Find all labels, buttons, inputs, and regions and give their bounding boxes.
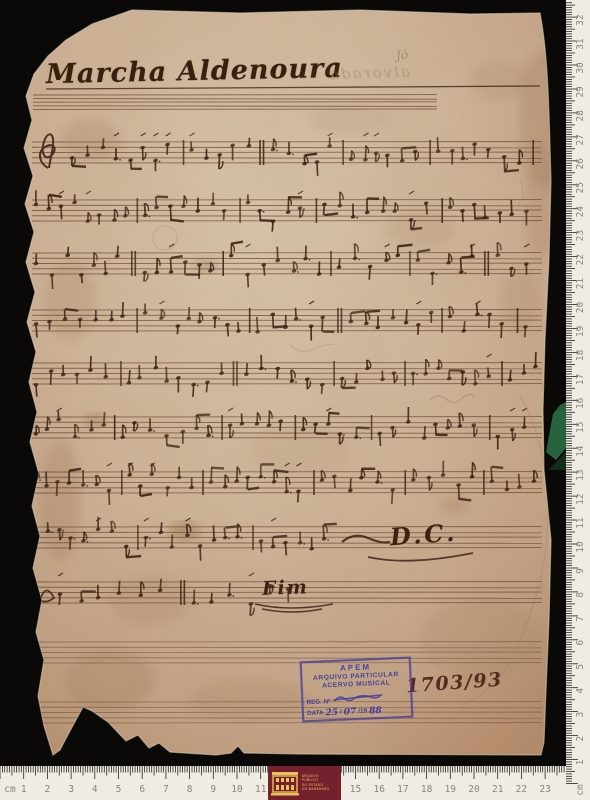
ruler-label: 27 [575, 134, 586, 145]
ruler-label: 30 [575, 62, 586, 74]
ruler-label: 3 [575, 712, 586, 718]
ruler-label: 12 [575, 493, 586, 504]
stamp-reg-label: REG. Nº [306, 698, 330, 706]
ruler-label: 21 [492, 784, 504, 795]
ruler-label: 18 [575, 349, 586, 361]
ruler-label: 22 [516, 784, 527, 795]
archive-stamp: APEM ARQUIVO PARTICULAR ACERVO MUSICAL R… [300, 657, 414, 723]
ruler-label: 17 [575, 374, 586, 385]
da-capo-mark: D.C. [389, 518, 458, 552]
ghost-title-bleedthrough: alvorada [328, 63, 410, 84]
ruler-label: 18 [421, 784, 433, 795]
archive-logo: ARQUIVO PÚBLICO DO ESTADO DO MARANHÃO [268, 766, 341, 800]
ruler-label: 10 [231, 784, 243, 795]
ruler-label: 21 [575, 278, 586, 290]
stamp-date-day: 25 [325, 710, 338, 717]
stamp-date-month: 07 [344, 709, 357, 716]
ruler-label: 6 [575, 640, 586, 646]
ruler-label: 2 [45, 784, 51, 795]
ruler-label: 32 [575, 14, 586, 25]
ruler-label: 7 [575, 616, 586, 622]
ruler-label: cm [575, 784, 586, 796]
archival-photo: Marcha Aldenoura alvorada Jó D.C. Fim 17… [0, 0, 590, 800]
ruler-label: 16 [373, 784, 385, 795]
ruler-label: 23 [575, 230, 586, 241]
ruler-right: 1234567891011121314151617181920212223242… [566, 0, 590, 800]
ruler-label: 11 [255, 784, 267, 795]
ruler-right-scale: 1234567891011121314151617181920212223242… [566, 0, 590, 800]
ruler-label: 9 [210, 784, 216, 795]
ruler-label: 20 [468, 784, 480, 795]
ruler-label: cm [4, 784, 16, 795]
ruler-label: 22 [575, 254, 586, 265]
ruler-label: 19 [575, 325, 586, 337]
ruler-label: 29 [575, 86, 586, 98]
pencil-annotation: Jó [395, 47, 409, 63]
ruler-label: 23 [539, 784, 550, 795]
ruler-label: 4 [575, 688, 586, 694]
ruler-label: 8 [187, 784, 193, 795]
ruler-label: 15 [575, 422, 586, 433]
logo-line: DO MARANHÃO [302, 788, 329, 791]
ruler-label: 11 [575, 517, 586, 529]
ruler-label: 20 [575, 302, 586, 314]
ruler-label: 10 [575, 541, 586, 553]
ruler-label: 3 [68, 784, 74, 795]
ruler-label: 15 [350, 784, 361, 795]
ruler-label: 31 [575, 38, 586, 50]
ruler-label: 14 [575, 445, 586, 457]
archive-logo-text: ARQUIVO PÚBLICO DO ESTADO DO MARANHÃO [302, 775, 329, 792]
ruler-label: 8 [575, 592, 586, 598]
ruler-label: 25 [575, 182, 586, 193]
ruler-label: 6 [139, 784, 145, 795]
stamp-reg-row: REG. Nº [306, 690, 407, 706]
archive-building-icon [270, 768, 300, 798]
ruler-label: 2 [575, 736, 586, 742]
stamp-date-label: DATA [307, 709, 324, 717]
ruler-label: 24 [575, 206, 586, 218]
ruler-label: 7 [163, 784, 169, 795]
ruler-label: 5 [116, 784, 122, 795]
stamp-date-row: DATA 25 / 07 /19 88 [307, 706, 408, 717]
page-title: Marcha Aldenoura [46, 53, 343, 90]
ruler-label: 16 [575, 397, 586, 409]
green-cloth [546, 402, 566, 470]
ruler-label: 17 [397, 784, 408, 795]
ruler-label: 1 [575, 759, 586, 765]
stamp-date-separator: / [340, 709, 342, 716]
ruler-label: 1 [21, 784, 27, 795]
ruler-label: 4 [92, 784, 98, 795]
ruler-label: 28 [575, 110, 586, 122]
ruler-label: 26 [575, 158, 586, 170]
ruler-label: 19 [445, 784, 457, 795]
handwritten-scribble-crossed-out [332, 691, 384, 705]
ruler-label: 5 [575, 664, 586, 670]
fim-mark: Fim [262, 576, 310, 600]
stamp-date-separator: /19 [358, 708, 367, 715]
ruler-label: 9 [575, 568, 586, 574]
stamp-date-year: 88 [369, 708, 382, 715]
ruler-label: 13 [575, 469, 586, 480]
logo-line: PÚBLICO [302, 779, 329, 782]
